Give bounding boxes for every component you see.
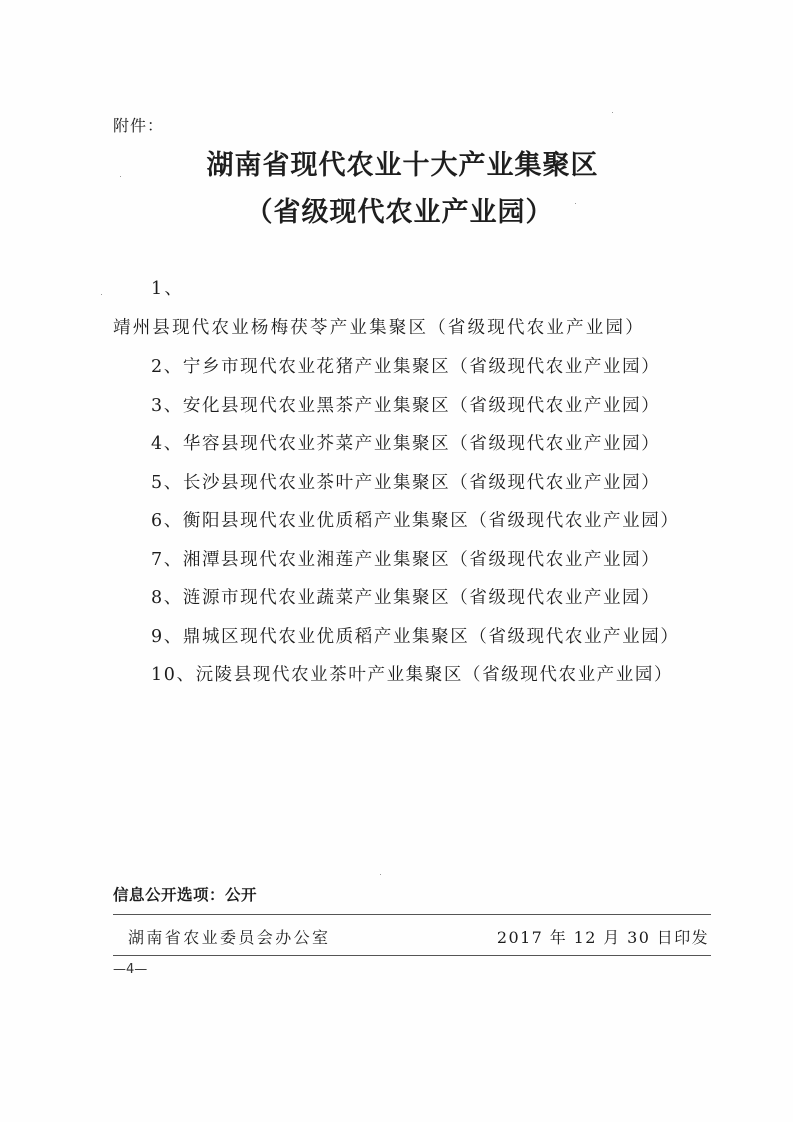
item-number: 2、	[151, 357, 183, 377]
info-disclosure-option: 信息公开选项：公开	[113, 883, 257, 905]
list-item: 6、衡阳县现代农业优质稻产业集聚区（省级现代农业产业园）	[113, 502, 713, 541]
item-number: 5、	[151, 473, 183, 493]
item-number: 1、	[151, 279, 184, 299]
item-text: 衡阳县现代农业优质稻产业集聚区（省级现代农业产业园）	[183, 511, 680, 531]
list-item: 8、涟源市现代农业蔬菜产业集聚区（省级现代农业产业园）	[113, 579, 713, 618]
scan-speck	[575, 203, 576, 204]
document-title: 湖南省现代农业十大产业集聚区	[6, 143, 793, 182]
list-item: 9、鼎城区现代农业优质稻产业集聚区（省级现代农业产业园）	[113, 618, 713, 657]
page-number: —4—	[113, 962, 147, 977]
item-number: 3、	[151, 396, 183, 416]
document-page: 附件： 湖南省现代农业十大产业集聚区 （省级现代农业产业园） 1、靖州县现代农业…	[0, 0, 793, 1122]
footer-rule-bottom	[113, 955, 711, 956]
item-text: 华容县现代农业芥菜产业集聚区（省级现代农业产业园）	[183, 434, 661, 454]
item-text: 安化县现代农业黑茶产业集聚区（省级现代农业产业园）	[183, 396, 661, 416]
attachment-label: 附件：	[113, 113, 164, 136]
item-number: 10、	[151, 665, 196, 685]
item-number: 7、	[151, 550, 183, 570]
item-text: 鼎城区现代农业优质稻产业集聚区（省级现代农业产业园）	[183, 627, 680, 647]
item-text: 涟源市现代农业蔬菜产业集聚区（省级现代农业产业园）	[183, 588, 661, 608]
list-item: 2、宁乡市现代农业花猪产业集聚区（省级现代农业产业园）	[113, 348, 713, 387]
item-number: 9、	[151, 627, 183, 647]
list-item: 4、华容县现代农业芥菜产业集聚区（省级现代农业产业园）	[113, 425, 713, 464]
item-text: 长沙县现代农业茶叶产业集聚区（省级现代农业产业园）	[183, 473, 661, 493]
scan-speck	[120, 176, 121, 177]
scan-speck	[612, 112, 613, 113]
issuing-office: 湖南省农业委员会办公室	[128, 925, 330, 948]
print-date: 2017 年 12 月 30 日印发	[497, 925, 709, 948]
list-item: 3、安化县现代农业黑茶产业集聚区（省级现代农业产业园）	[113, 387, 713, 426]
list-item: 5、长沙县现代农业茶叶产业集聚区（省级现代农业产业园）	[113, 464, 713, 503]
list-item: 1、靖州县现代农业杨梅茯苓产业集聚区（省级现代农业产业园）	[113, 270, 713, 348]
list-item: 10、沅陵县现代农业茶叶产业集聚区（省级现代农业产业园）	[113, 656, 713, 695]
document-subtitle: （省级现代农业产业园）	[3, 190, 793, 229]
item-number: 6、	[151, 511, 183, 531]
industry-cluster-list: 1、靖州县现代农业杨梅茯苓产业集聚区（省级现代农业产业园） 2、宁乡市现代农业花…	[113, 270, 713, 695]
item-text: 湘潭县现代农业湘莲产业集聚区（省级现代农业产业园）	[183, 550, 661, 570]
item-text: 宁乡市现代农业花猪产业集聚区（省级现代农业产业园）	[183, 357, 661, 377]
list-item: 7、湘潭县现代农业湘莲产业集聚区（省级现代农业产业园）	[113, 541, 713, 580]
item-text: 靖州县现代农业杨梅茯苓产业集聚区（省级现代农业产业园）	[113, 318, 645, 338]
scan-speck	[380, 874, 381, 875]
scan-speck	[101, 294, 102, 295]
item-number: 8、	[151, 588, 183, 608]
item-text: 沅陵县现代农业茶叶产业集聚区（省级现代农业产业园）	[196, 665, 674, 685]
footer-rule-top	[113, 914, 711, 915]
item-number: 4、	[151, 434, 183, 454]
